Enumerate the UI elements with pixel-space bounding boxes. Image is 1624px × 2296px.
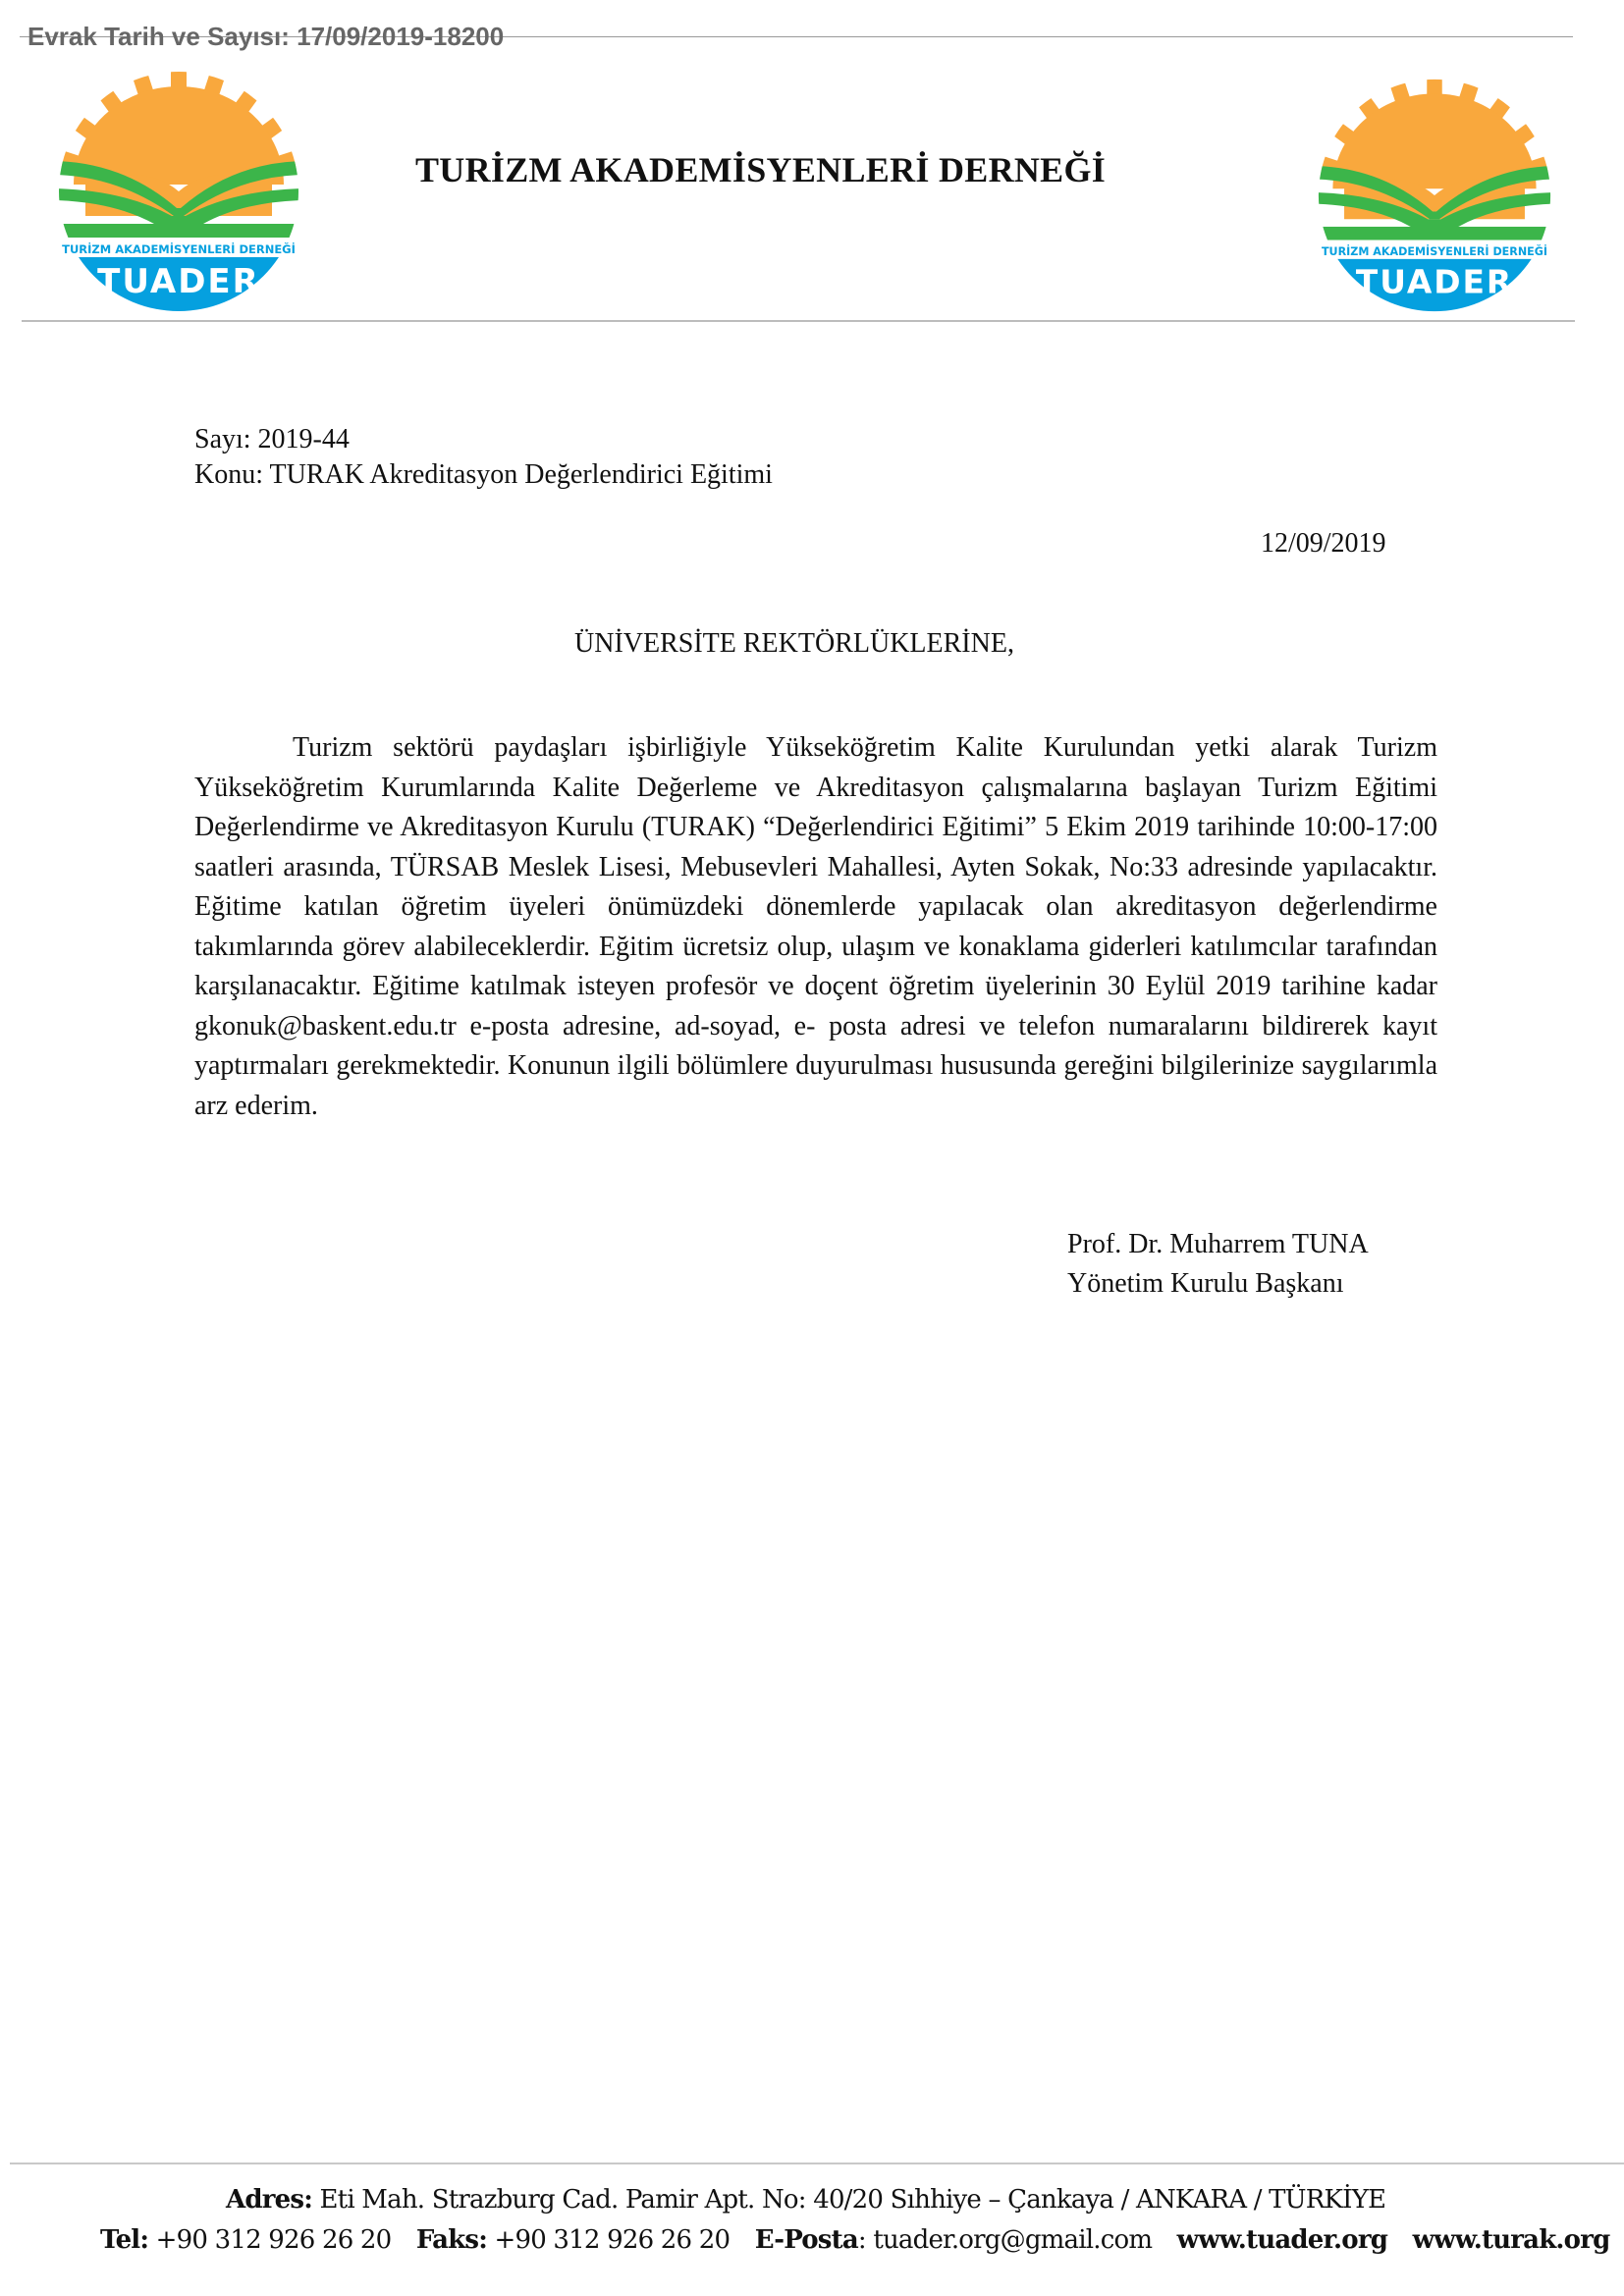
signature-block: Prof. Dr. Muharrem TUNA Yönetim Kurulu B…	[1067, 1225, 1369, 1304]
website-turak[interactable]: www.turak.org	[1413, 2225, 1610, 2255]
addressee: ÜNİVERSİTE REKTÖRLÜKLERİNE,	[574, 628, 1014, 660]
document-subject: Konu: TURAK Akreditasyon Değerlendirici …	[194, 459, 773, 491]
tuader-logo-icon: TURİZM AKADEMİSYENLERİ DERNEĞİ TUADER	[56, 69, 301, 314]
document-number: Sayı: 2019-44	[194, 424, 350, 455]
fax-label: Faks:	[416, 2225, 487, 2255]
fax-value: +90 312 926 26 20	[494, 2225, 730, 2255]
svg-text:TUADER: TUADER	[1356, 263, 1513, 301]
svg-text:TURİZM AKADEMİSYENLERİ DERNEĞİ: TURİZM AKADEMİSYENLERİ DERNEĞİ	[62, 241, 296, 256]
signatory-title: Yönetim Kurulu Başkanı	[1067, 1264, 1369, 1304]
svg-text:TUADER: TUADER	[97, 262, 260, 301]
tuader-logo-left: TURİZM AKADEMİSYENLERİ DERNEĞİ TUADER	[56, 69, 301, 314]
signatory-name: Prof. Dr. Muharrem TUNA	[1067, 1225, 1369, 1264]
svg-text:TURİZM AKADEMİSYENLERİ DERNEĞİ: TURİZM AKADEMİSYENLERİ DERNEĞİ	[1322, 244, 1547, 258]
footer-contact: Tel: +90 312 926 26 20 Faks: +90 312 926…	[100, 2225, 1610, 2255]
tel-value: +90 312 926 26 20	[156, 2225, 392, 2255]
website-tuader[interactable]: www.tuader.org	[1177, 2225, 1387, 2255]
address-label: Adres:	[226, 2185, 312, 2215]
footer-address: Adres: Eti Mah. Strazburg Cad. Pamir Apt…	[226, 2185, 1385, 2215]
footer-divider	[10, 2163, 1624, 2164]
organization-title: TURİZM AKADEMİSYENLERİ DERNEĞİ	[415, 149, 1106, 190]
address-value: Eti Mah. Strazburg Cad. Pamir Apt. No: 4…	[320, 2185, 1386, 2215]
document-stamp: Evrak Tarih ve Sayısı: 17/09/2019-18200	[27, 22, 504, 52]
tuader-logo-icon: TURİZM AKADEMİSYENLERİ DERNEĞİ TUADER	[1316, 77, 1553, 314]
document-date: 12/09/2019	[1261, 528, 1386, 560]
email-value[interactable]: tuader.org@gmail.com	[873, 2225, 1152, 2255]
letter-body: Turizm sektörü paydaşları işbirliğiyle Y…	[194, 728, 1437, 1126]
header-divider	[22, 320, 1575, 322]
tel-label: Tel:	[100, 2225, 148, 2255]
tuader-logo-right: TURİZM AKADEMİSYENLERİ DERNEĞİ TUADER	[1316, 77, 1553, 314]
email-label: E-Posta	[755, 2225, 858, 2255]
